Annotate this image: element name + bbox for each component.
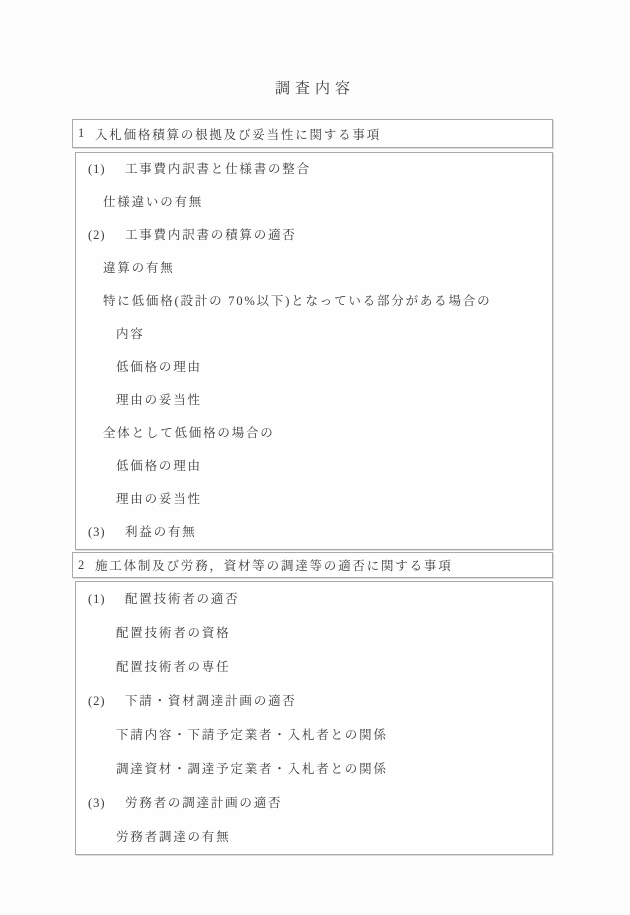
item-text: 下請・資材調達計画の適否 <box>125 694 297 708</box>
outline-line: (2)下請・資材調達計画の適否 <box>76 684 552 718</box>
outline-line: (3)利益の有無 <box>76 516 552 549</box>
outline-line: 労務者調達の有無 <box>76 820 552 854</box>
item-text: 工事費内訳書の積算の適否 <box>125 228 297 242</box>
outline-line: (1)工事費内訳書と仕様書の整合 <box>76 153 552 186</box>
item-text: 配置技術者の専任 <box>116 660 230 674</box>
section-2-heading: 施工体制及び労務，資材等の調達等の適否に関する事項 <box>95 556 453 574</box>
item-text: 労務者調達の有無 <box>116 830 230 844</box>
outline-line: 仕様違いの有無 <box>76 186 552 219</box>
outline-line: (3)労務者の調達計画の適否 <box>76 786 552 820</box>
outline-line: 違算の有無 <box>76 252 552 285</box>
item-text: 低価格の理由 <box>116 360 202 374</box>
item-text: 配置技術者の適否 <box>125 592 239 606</box>
item-text: 理由の妥当性 <box>116 492 202 506</box>
item-text: 仕様違いの有無 <box>103 195 203 209</box>
item-text: 全体として低価格の場合の <box>103 426 275 440</box>
outline-line: 全体として低価格の場合の <box>76 417 552 450</box>
item-number: (3) <box>88 516 125 549</box>
item-text: 特に低価格(設計の 70%以下)となっている部分がある場合の <box>103 294 491 308</box>
item-text: 利益の有無 <box>125 525 197 539</box>
outline-line: 配置技術者の専任 <box>76 650 552 684</box>
section-2-body: (1)配置技術者の適否配置技術者の資格配置技術者の専任(2)下請・資材調達計画の… <box>75 581 553 855</box>
outline-line: 特に低価格(設計の 70%以下)となっている部分がある場合の <box>76 285 552 318</box>
section-1-header: 1 入札価格積算の根拠及び妥当性に関する事項 <box>72 119 553 148</box>
item-text: 調達資材・調達予定業者・入札者との関係 <box>116 762 388 776</box>
document-title: 調査内容 <box>0 77 630 98</box>
outline-line: (2)工事費内訳書の積算の適否 <box>76 219 552 252</box>
section-1-body: (1)工事費内訳書と仕様書の整合仕様違いの有無(2)工事費内訳書の積算の適否違算… <box>75 152 553 550</box>
section-1-heading: 入札価格積算の根拠及び妥当性に関する事項 <box>95 125 381 143</box>
outline-line: 配置技術者の資格 <box>76 616 552 650</box>
outline-line: 下請内容・下請予定業者・入札者との関係 <box>76 718 552 752</box>
item-number: (2) <box>88 684 125 718</box>
item-number: (2) <box>88 219 125 252</box>
item-number: (1) <box>88 153 125 186</box>
outline-line: (1)配置技術者の適否 <box>76 582 552 616</box>
section-2-header: 2 施工体制及び労務，資材等の調達等の適否に関する事項 <box>72 552 553 578</box>
item-text: 理由の妥当性 <box>116 393 202 407</box>
outline-line: 内容 <box>76 318 552 351</box>
survey-content-table: 1 入札価格積算の根拠及び妥当性に関する事項 (1)工事費内訳書と仕様書の整合仕… <box>72 119 553 855</box>
item-text: 内容 <box>116 327 145 341</box>
item-text: 下請内容・下請予定業者・入札者との関係 <box>116 728 388 742</box>
outline-line: 理由の妥当性 <box>76 483 552 516</box>
item-text: 労務者の調達計画の適否 <box>125 796 282 810</box>
outline-line: 低価格の理由 <box>76 351 552 384</box>
outline-line: 低価格の理由 <box>76 450 552 483</box>
item-number: (3) <box>88 786 125 820</box>
outline-line: 調達資材・調達予定業者・入札者との関係 <box>76 752 552 786</box>
item-text: 低価格の理由 <box>116 459 202 473</box>
section-2-number: 2 <box>78 558 95 573</box>
item-text: 配置技術者の資格 <box>116 626 230 640</box>
outline-line: 理由の妥当性 <box>76 384 552 417</box>
item-number: (1) <box>88 582 125 616</box>
item-text: 違算の有無 <box>103 261 175 275</box>
item-text: 工事費内訳書と仕様書の整合 <box>125 162 311 176</box>
section-1-number: 1 <box>78 126 95 141</box>
